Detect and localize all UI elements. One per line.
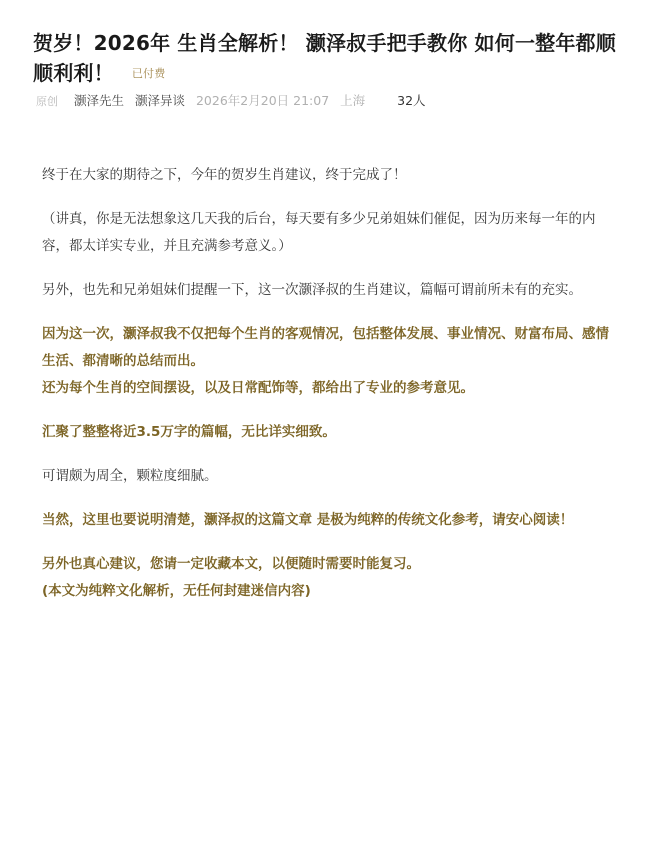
article: 贺岁！2026年 生肖全解析！ 灏泽叔手把手教你 如何一整年都顺顺利利！已付费 … xyxy=(0,0,649,862)
highlight-paragraph: 因为这一次，灏泽叔我不仅把每个生肖的客观情况，包括整体发展、事业情况、财富布局、… xyxy=(42,321,622,375)
article-title: 贺岁！2026年 生肖全解析！ 灏泽叔手把手教你 如何一整年都顺顺利利！已付费 xyxy=(33,28,623,89)
paragraph: 另外，也先和兄弟姐妹们提醒一下，这一次灏泽叔的生肖建议，篇幅可谓前所未有的充实。 xyxy=(42,277,622,304)
article-meta: 原创 灏泽先生 灏泽异谈 2026年2月20日 21:07 上海 32人 xyxy=(36,92,433,111)
highlight-paragraph: 汇聚了整整将近3.5万字的篇幅，无比详实细致。 xyxy=(42,419,622,446)
article-body: 终于在大家的期待之下，今年的贺岁生肖建议，终于完成了！ （讲真，你是无法想象这几… xyxy=(42,162,622,605)
paid-badge: 已付费 xyxy=(132,67,166,80)
paragraph: 可谓颇为周全，颗粒度细腻。 xyxy=(42,463,622,490)
paragraph: （讲真，你是无法想象这几天我的后台，每天要有多少兄弟姐妹们催促，因为历来每一年的… xyxy=(42,206,622,260)
highlight-paragraph: 另外也真心建议，您请一定收藏本文，以便随时需要时能复习。 xyxy=(42,551,622,578)
publish-location: 上海 xyxy=(340,93,365,108)
article-title-text: 贺岁！2026年 生肖全解析！ 灏泽叔手把手教你 如何一整年都顺顺利利！ xyxy=(33,31,616,85)
highlight-paragraph: 还为每个生肖的空间摆设，以及日常配饰等，都给出了专业的参考意见。 xyxy=(42,375,622,402)
account-link[interactable]: 灏泽异谈 xyxy=(135,93,185,108)
spacer xyxy=(42,446,622,463)
spacer xyxy=(42,304,622,321)
spacer xyxy=(42,402,622,419)
paragraph: 终于在大家的期待之下，今年的贺岁生肖建议，终于完成了！ xyxy=(42,162,622,189)
original-tag: 原创 xyxy=(36,95,58,108)
author-link[interactable]: 灏泽先生 xyxy=(74,93,124,108)
spacer xyxy=(42,490,622,507)
reader-count: 32人 xyxy=(397,93,425,108)
spacer xyxy=(42,260,622,277)
spacer xyxy=(42,189,622,206)
highlight-paragraph: 当然，这里也要说明清楚，灏泽叔的这篇文章 是极为纯粹的传统文化参考，请安心阅读！ xyxy=(42,507,622,534)
publish-date: 2026年2月20日 21:07 xyxy=(196,93,329,108)
highlight-paragraph: (本文为纯粹文化解析，无任何封建迷信内容) xyxy=(42,578,622,605)
spacer xyxy=(42,534,622,551)
